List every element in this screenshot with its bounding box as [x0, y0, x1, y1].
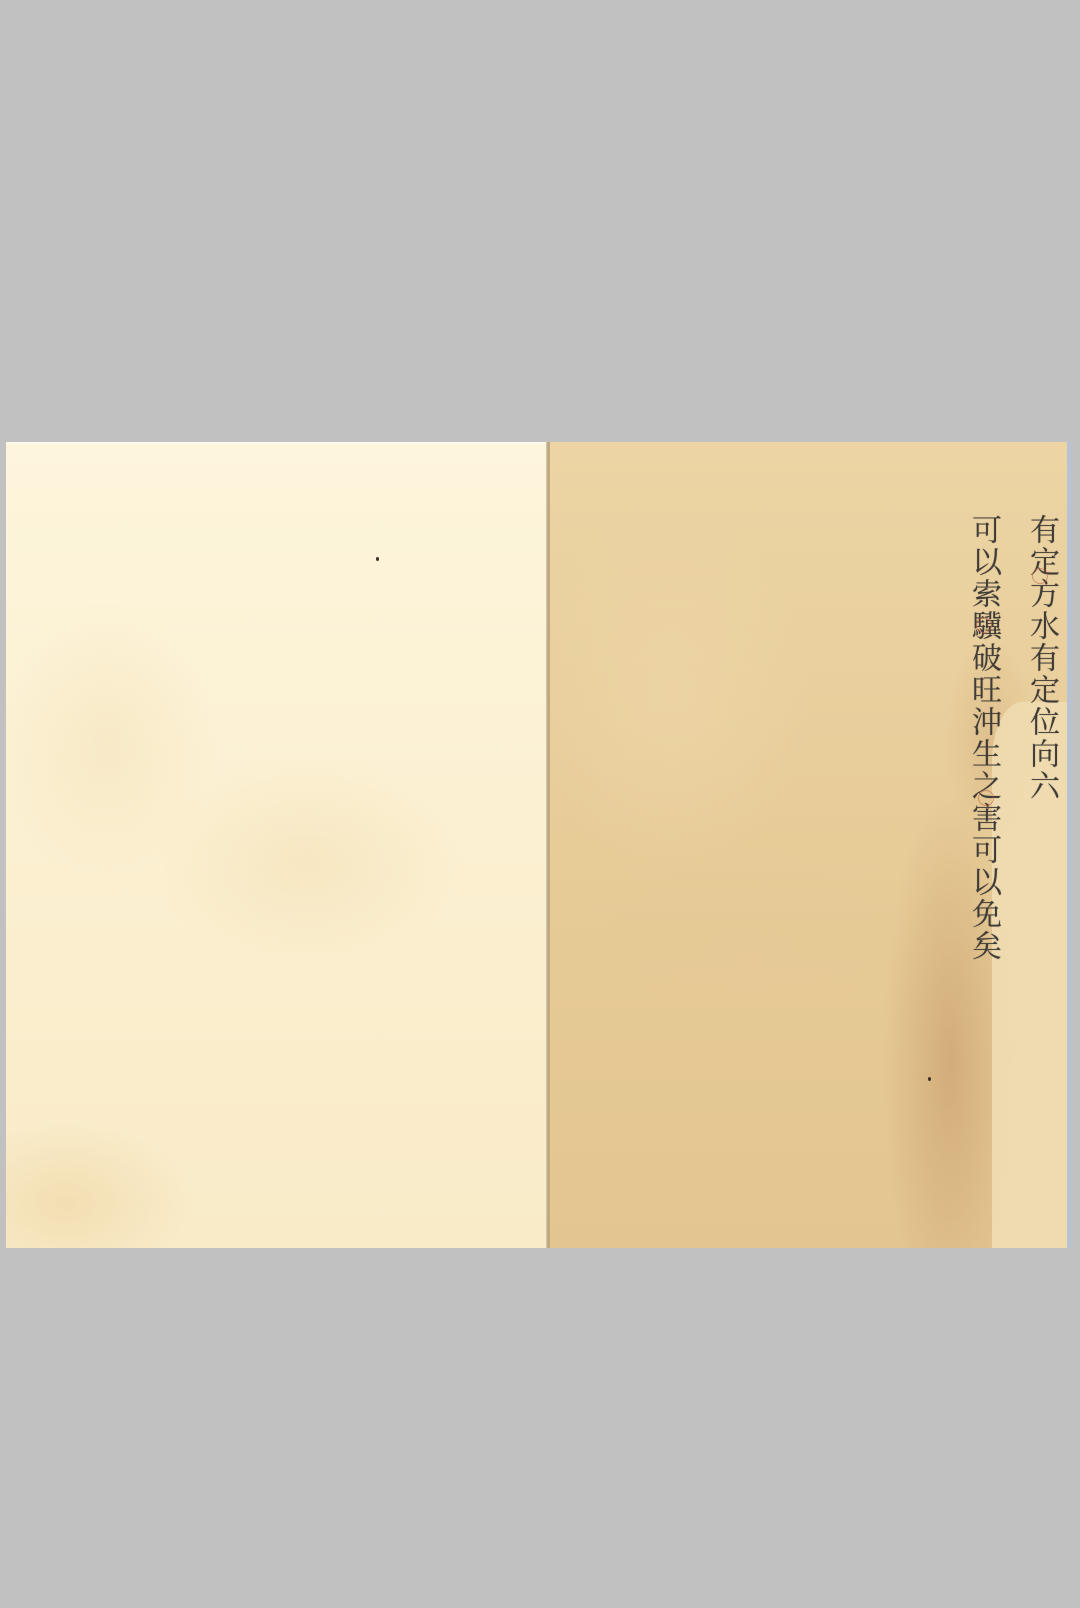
text-column-1: 有定方水有定位向六	[1022, 514, 1060, 802]
ink-speck	[928, 1077, 931, 1081]
red-punctuation-circle	[1032, 568, 1048, 584]
red-punctuation-circle	[978, 790, 994, 806]
text-column-2: 可以索驥破旺沖生之害可以免矣	[964, 514, 1002, 962]
book-scan: 有定方水有定位向六 可以索驥破旺沖生之害可以免矣	[6, 442, 1072, 1248]
right-page: 有定方水有定位向六 可以索驥破旺沖生之害可以免矣	[550, 442, 1072, 1248]
red-punctuation-circle	[976, 617, 992, 633]
left-page-blank	[6, 442, 546, 1248]
scan-edge	[1067, 442, 1072, 1248]
ink-speck	[376, 557, 379, 561]
